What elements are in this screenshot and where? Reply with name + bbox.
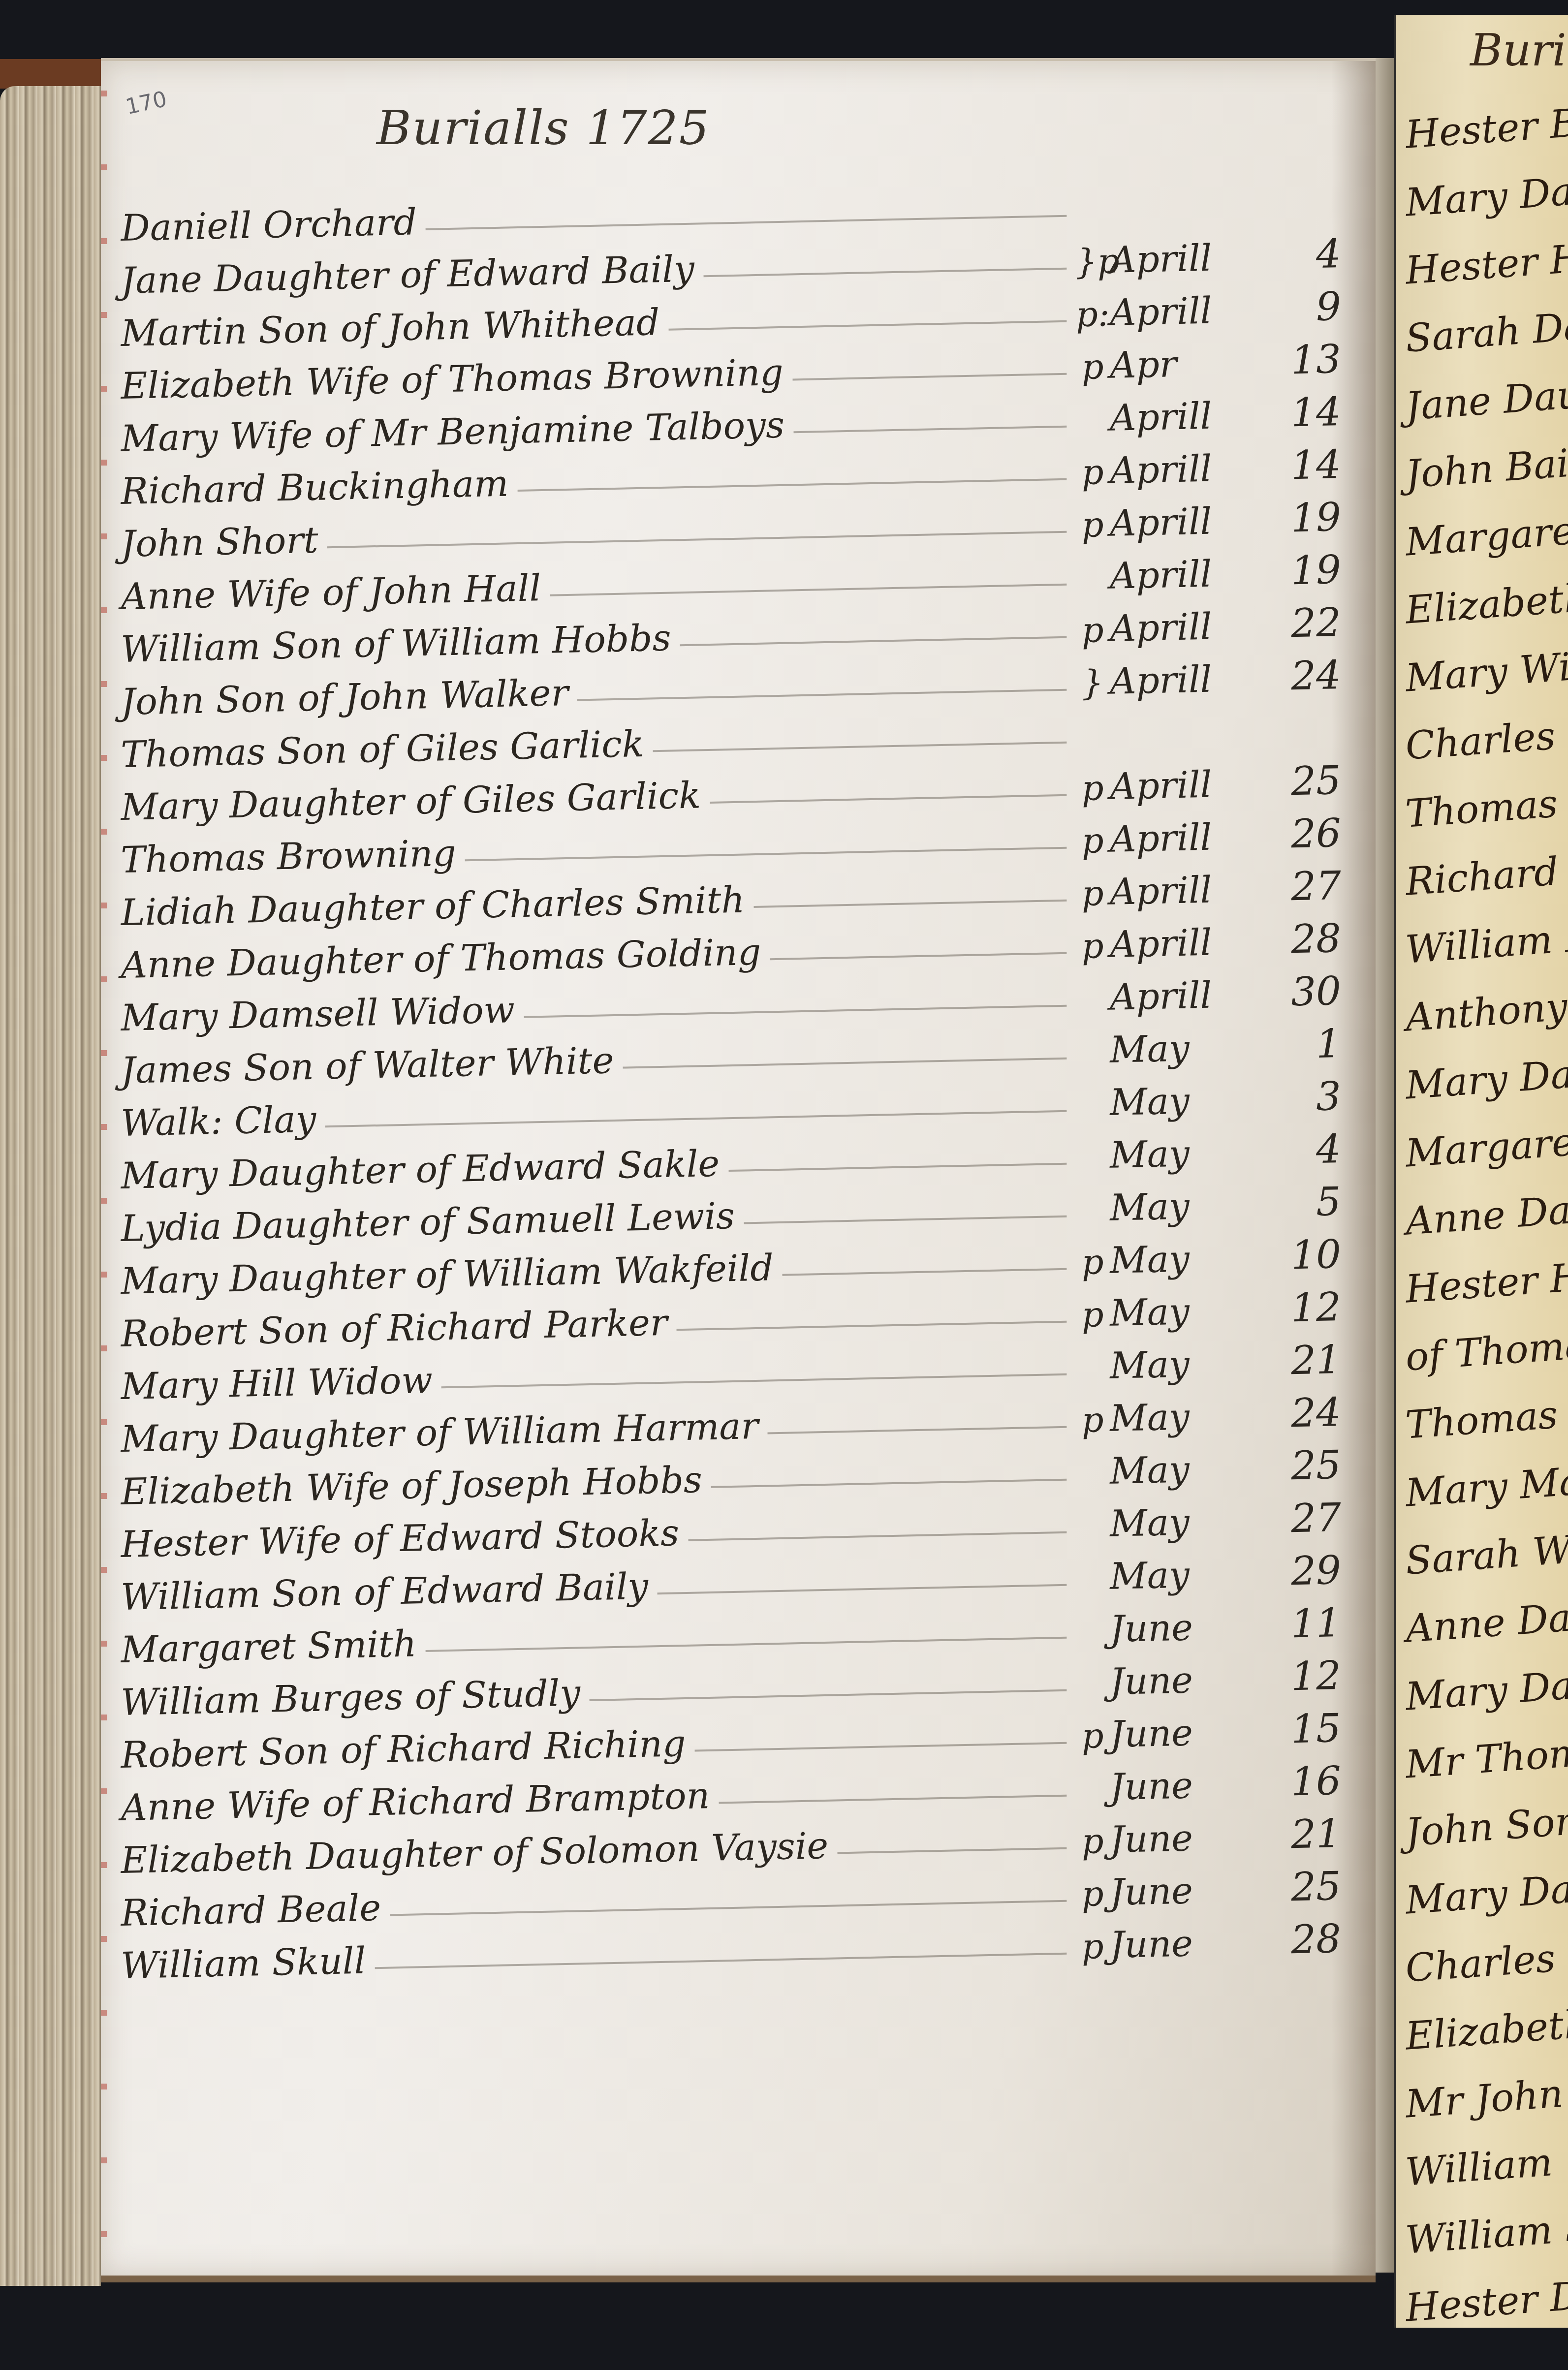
leader-dash (710, 794, 1066, 804)
burial-day: 28 (1272, 915, 1342, 963)
burial-day: 25 (1272, 757, 1342, 805)
leader-dash (426, 215, 1066, 230)
leader-dash (792, 373, 1066, 381)
leader-dash (680, 636, 1067, 646)
burial-month: May (1109, 1447, 1273, 1493)
leader-dash (577, 689, 1066, 701)
leader-dash (719, 1795, 1066, 1804)
burial-month: June (1109, 1868, 1273, 1914)
burial-day: 3 (1272, 1073, 1342, 1121)
entry-name: Thomas Browning (121, 832, 457, 881)
folio-number: 170 (124, 87, 169, 120)
burial-day: 27 (1272, 863, 1342, 910)
leader-dash (711, 1479, 1066, 1488)
burial-day: 19 (1272, 494, 1342, 541)
burial-month: June (1109, 1815, 1273, 1861)
entry-name: Margaret Smith (121, 1622, 417, 1671)
burial-month: Aprill (1109, 446, 1273, 492)
burial-month: Apr (1109, 341, 1273, 387)
burial-day: 14 (1272, 441, 1342, 489)
burial-month: Aprill (1109, 552, 1273, 597)
burial-day: 24 (1272, 1389, 1342, 1436)
entry-name: Walk: Clay (121, 1098, 317, 1145)
burial-day: 5 (1272, 1179, 1342, 1226)
leader-dash (793, 426, 1066, 434)
burial-day: 11 (1272, 1600, 1342, 1647)
burial-day: 21 (1272, 1337, 1342, 1384)
adjacent-entry: Hester Brow (1404, 94, 1568, 181)
leader-dash (426, 1637, 1067, 1652)
parish-mark: p (1075, 1242, 1110, 1282)
entry-name: Richard Buckingham (121, 462, 509, 512)
leader-dash (783, 1268, 1067, 1276)
leader-dash (703, 268, 1066, 277)
parish-mark: p (1075, 610, 1110, 651)
parish-mark: p: (1075, 294, 1110, 335)
leader-dash (744, 1216, 1066, 1224)
burial-day: 25 (1272, 1863, 1342, 1910)
leader-dash (837, 1847, 1066, 1854)
leader-dash (767, 1426, 1066, 1434)
leader-dash (441, 1373, 1066, 1389)
burial-month: June (1109, 1605, 1273, 1651)
parish-mark: p (1075, 873, 1110, 914)
burial-month: Aprill (1109, 815, 1273, 861)
burial-month: May (1109, 1078, 1273, 1124)
burial-month: June (1109, 1657, 1273, 1703)
entry-name: Richard Beale (121, 1887, 381, 1934)
burial-month: Aprill (1109, 920, 1273, 966)
burial-day: 13 (1272, 336, 1342, 383)
burial-day: 25 (1272, 1442, 1342, 1489)
parish-mark: }p (1075, 241, 1110, 282)
entry-name: Daniell Orchard (121, 201, 417, 249)
burial-register-list: Daniell OrchardJane Daughter of Edward B… (121, 184, 1341, 1974)
parish-mark: p (1075, 1821, 1110, 1862)
burial-day: 22 (1272, 599, 1342, 647)
parish-mark: p (1075, 1873, 1110, 1914)
burial-month: May (1109, 1236, 1273, 1282)
parish-mark: p (1075, 926, 1110, 967)
leader-dash (676, 1321, 1066, 1331)
parish-mark: p (1075, 452, 1110, 493)
burial-month: Aprill (1109, 288, 1273, 334)
parish-mark: p (1075, 1926, 1110, 1967)
burial-day: 14 (1272, 389, 1342, 436)
entry-name: William Skull (121, 1940, 366, 1987)
burial-day: 4 (1272, 231, 1342, 278)
leader-dash (390, 1900, 1066, 1916)
burial-month: Aprill (1109, 499, 1273, 545)
burial-day: 10 (1272, 1231, 1342, 1279)
leader-dash (589, 1689, 1066, 1701)
parish-mark: p (1075, 1715, 1110, 1756)
burial-day: 12 (1272, 1284, 1342, 1331)
parish-mark: } (1075, 662, 1110, 703)
leader-dash (657, 1584, 1066, 1594)
burial-month: May (1109, 1131, 1273, 1177)
burial-month: Aprill (1109, 604, 1273, 650)
leader-dash (517, 478, 1066, 492)
burial-month: June (1109, 1710, 1273, 1756)
leader-dash (327, 531, 1067, 548)
parish-mark: p (1075, 768, 1110, 809)
burial-month: June (1109, 1921, 1273, 1966)
leader-dash (770, 952, 1066, 961)
burial-day: 24 (1272, 652, 1342, 699)
adjacent-register-list: Hester BrowMary DaughteHester HallSarah … (1406, 103, 1568, 2328)
book-spine-gutter (1376, 58, 1394, 2273)
burial-month: May (1109, 1394, 1273, 1440)
leader-dash (524, 1005, 1066, 1018)
leader-dash (668, 320, 1066, 331)
leader-dash (728, 1163, 1066, 1172)
leader-dash (623, 1058, 1066, 1069)
leader-dash (753, 900, 1066, 908)
burial-month: June (1109, 1763, 1273, 1809)
burial-day: 27 (1272, 1495, 1342, 1542)
entry-name: Mary Damsell Widow (121, 989, 515, 1039)
leader-dash (375, 1953, 1066, 1969)
burial-day: 21 (1272, 1810, 1342, 1858)
parish-mark: p (1075, 1400, 1110, 1440)
burial-day: 26 (1272, 810, 1342, 857)
burial-day: 30 (1272, 968, 1342, 1015)
burial-day: 9 (1272, 283, 1342, 331)
parish-mark: p (1075, 346, 1110, 387)
parish-mark: p (1075, 820, 1110, 861)
burial-month: May (1109, 1341, 1273, 1387)
burial-month: May (1109, 1499, 1273, 1545)
burial-day: 4 (1272, 1126, 1342, 1173)
burial-month: May (1109, 1289, 1273, 1335)
leader-dash (465, 847, 1066, 862)
page-stack-fore-edge (0, 86, 101, 2286)
burial-month: Aprill (1109, 236, 1273, 281)
burial-day: 16 (1272, 1758, 1342, 1805)
burial-day: 19 (1272, 547, 1342, 594)
burial-day: 29 (1272, 1547, 1342, 1594)
burial-month: May (1109, 1026, 1273, 1071)
adjacent-page-title: Buria (1470, 25, 1568, 76)
burial-day: 1 (1272, 1021, 1342, 1068)
parish-mark: p (1075, 1294, 1110, 1335)
manuscript-page: 170 Burialls 1725 Daniell OrchardJane Da… (101, 58, 1376, 2282)
burial-month: Aprill (1109, 762, 1273, 808)
burial-month: Aprill (1109, 973, 1273, 1019)
book-cover-edge (0, 59, 113, 89)
leader-dash (653, 742, 1067, 752)
burial-month: May (1109, 1184, 1273, 1229)
page-title: Burialls 1725 (376, 100, 710, 156)
parish-mark: p (1075, 504, 1110, 545)
leader-dash (688, 1531, 1066, 1541)
burial-day: 12 (1272, 1653, 1342, 1700)
burial-month: Aprill (1109, 868, 1273, 913)
red-sprinkled-edge (101, 61, 107, 2276)
burial-month: May (1109, 1552, 1273, 1598)
entry-name: Mary Hill Widow (121, 1359, 433, 1408)
burial-month: Aprill (1109, 394, 1273, 439)
adjacent-page: Buria Hester BrowMary DaughteHester Hall… (1394, 15, 1568, 2328)
entry-name: John Short (121, 519, 319, 565)
burial-day: 15 (1272, 1705, 1342, 1752)
leader-dash (325, 1110, 1067, 1128)
leader-dash (695, 1742, 1067, 1752)
leader-dash (550, 584, 1066, 596)
burial-month: Aprill (1109, 657, 1273, 703)
burial-day: 28 (1272, 1916, 1342, 1963)
